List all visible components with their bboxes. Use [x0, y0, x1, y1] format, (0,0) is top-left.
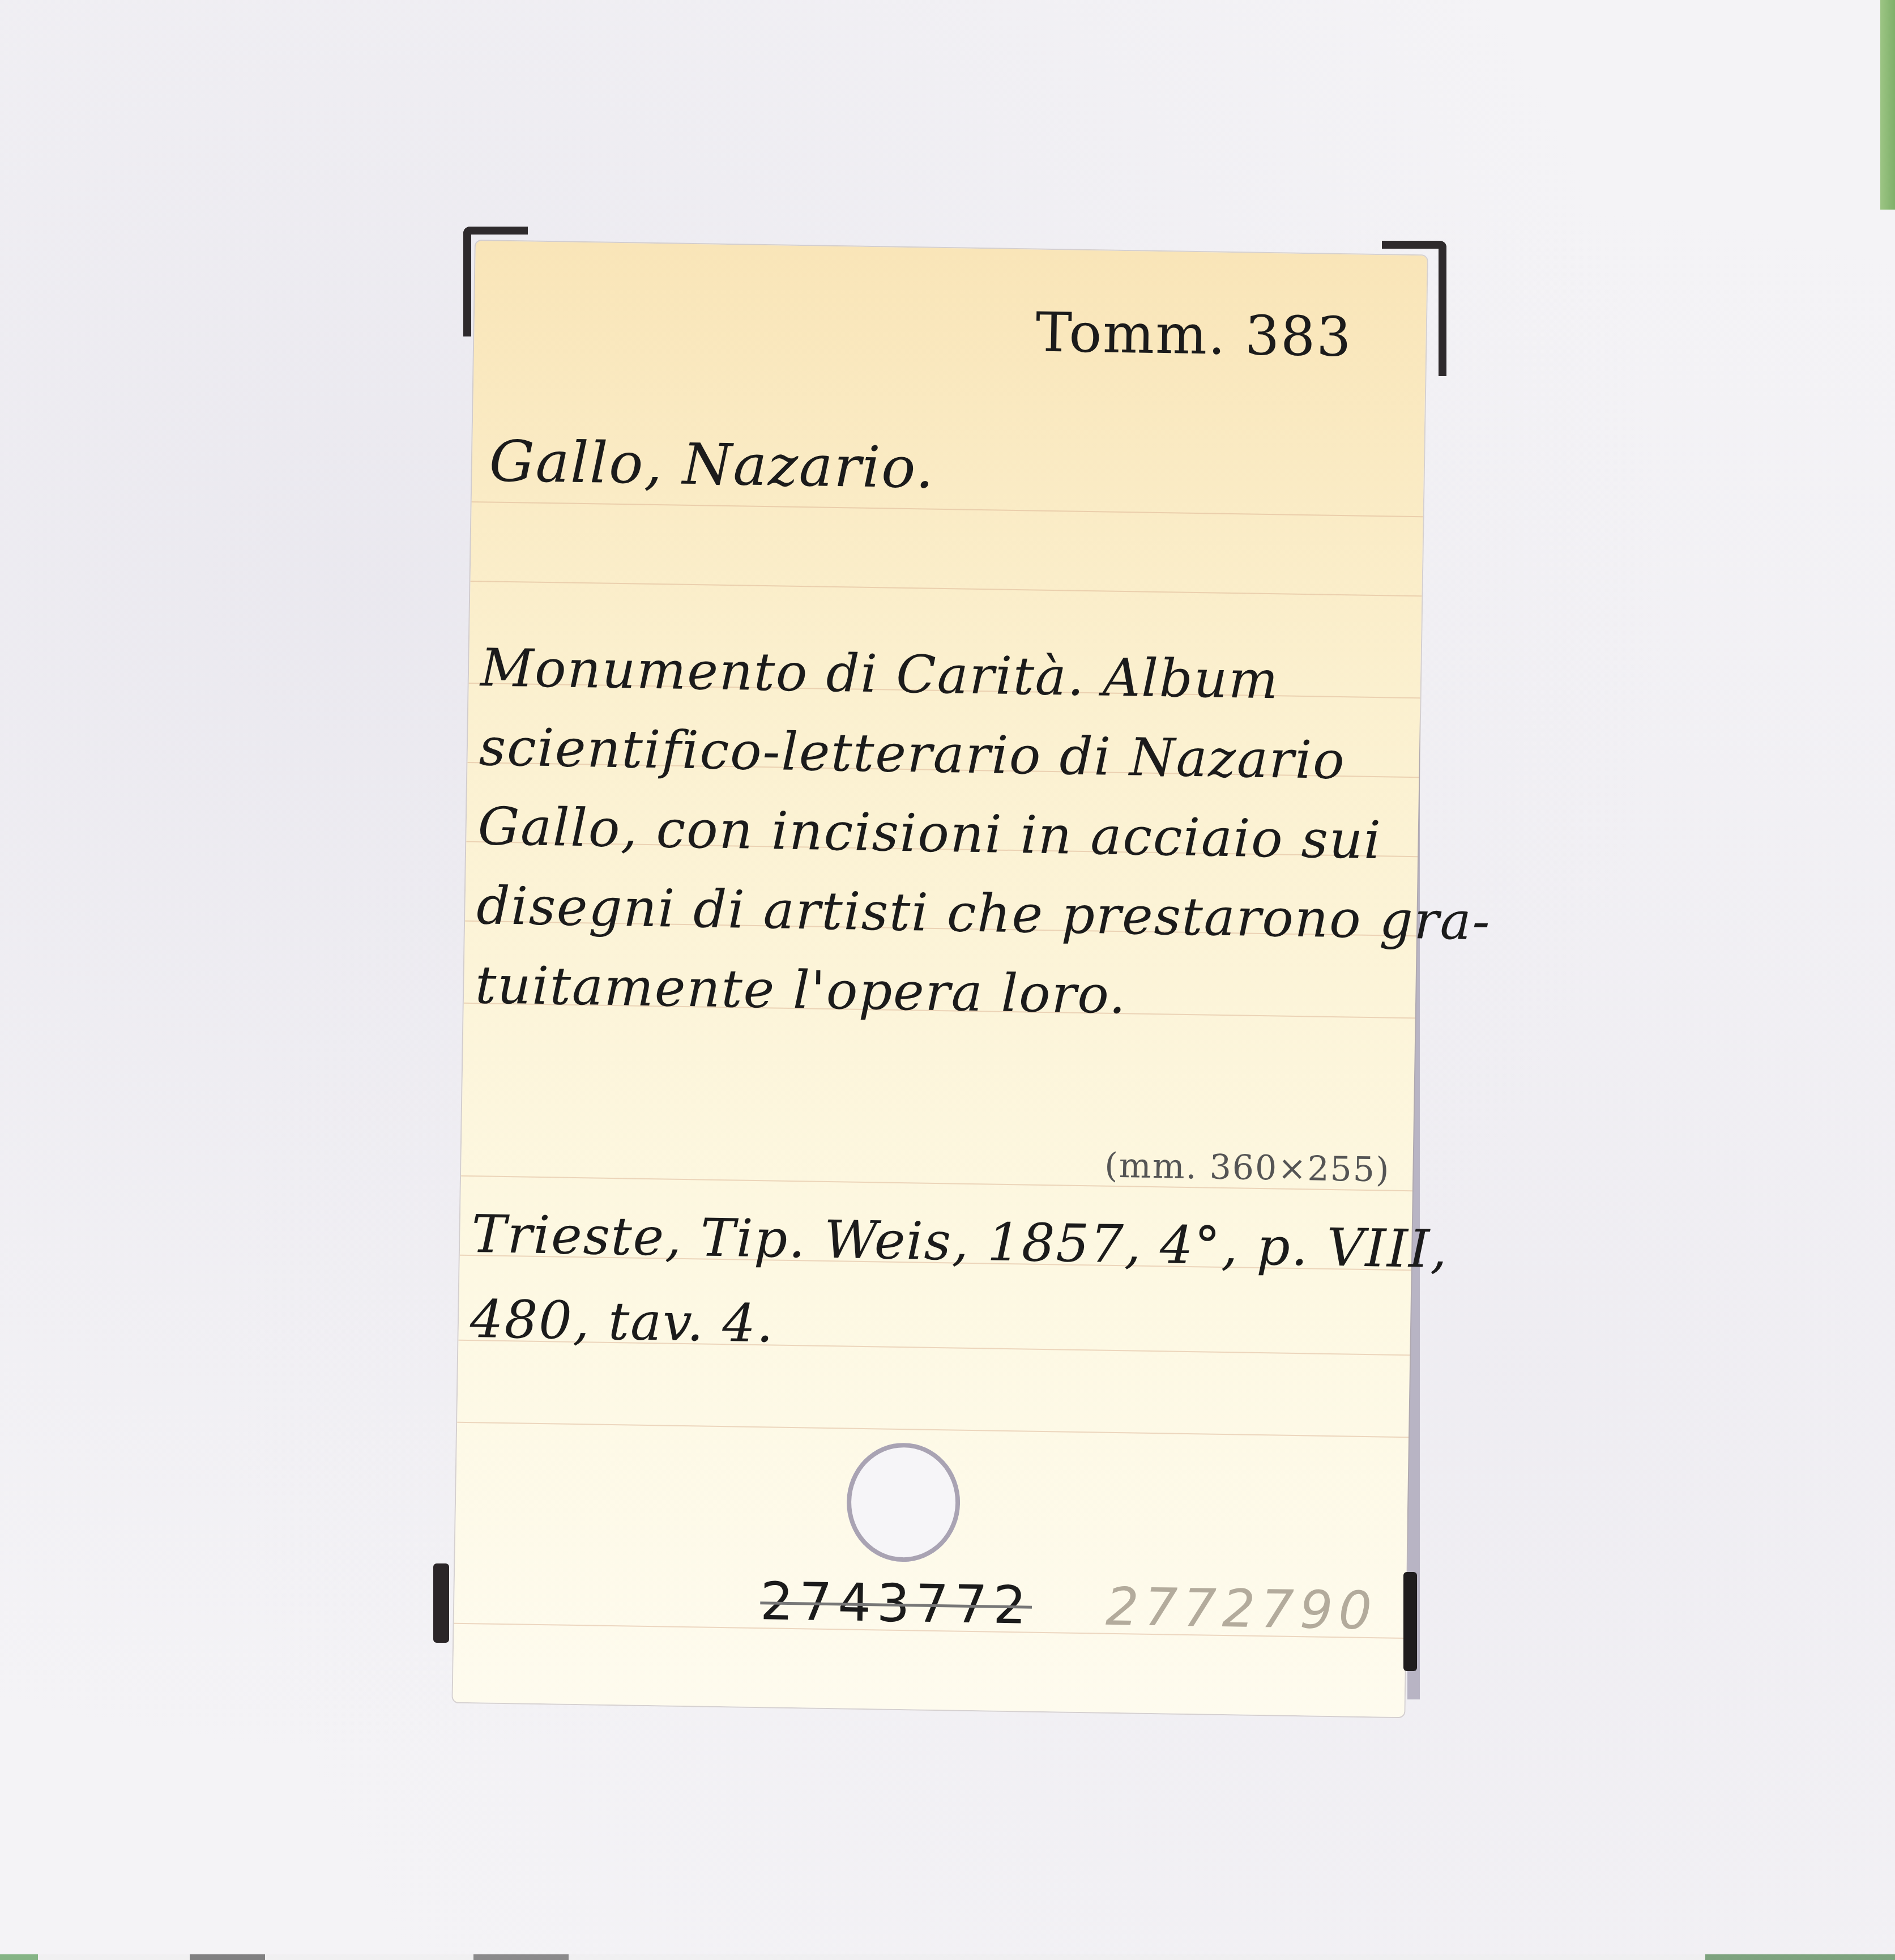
accession-number-pencil: 2772790 — [1105, 1576, 1377, 1642]
dimensions-note: (mm. 360×255) — [1104, 1146, 1390, 1190]
title-line: tuitamente l'opera loro. — [475, 955, 1128, 1025]
shelfmark: Tomm. 383 — [1035, 301, 1352, 369]
corner-clip-bottom-right — [1403, 1572, 1417, 1671]
corner-clip-bottom-left — [433, 1563, 449, 1643]
title-line: scientifico-letterario di Nazario — [479, 717, 1346, 791]
title-line: disegni di artisti che prestarono gra- — [476, 875, 1492, 952]
catalog-card: Tomm. 383 Gallo, Nazario. Monumento di C… — [453, 241, 1427, 1717]
scanner-bottom-edge — [0, 1954, 1895, 1960]
imprint-line: Trieste, Tip. Weis, 1857, 4°, p. VIII, — [471, 1204, 1449, 1280]
scanner-edge-green — [1880, 0, 1895, 210]
ruled-line — [472, 501, 1423, 517]
accession-number-cancelled: 2743772 — [759, 1571, 1032, 1636]
title-line: Monumento di Carità. Album — [480, 637, 1279, 710]
ruled-line — [471, 581, 1422, 596]
title-line: Gallo, con incisioni in acciaio sui — [477, 796, 1382, 871]
author-heading: Gallo, Nazario. — [489, 428, 935, 501]
punch-hole — [846, 1442, 961, 1563]
ruled-line — [457, 1422, 1409, 1438]
imprint-line: 480, tav. 4. — [470, 1289, 775, 1354]
